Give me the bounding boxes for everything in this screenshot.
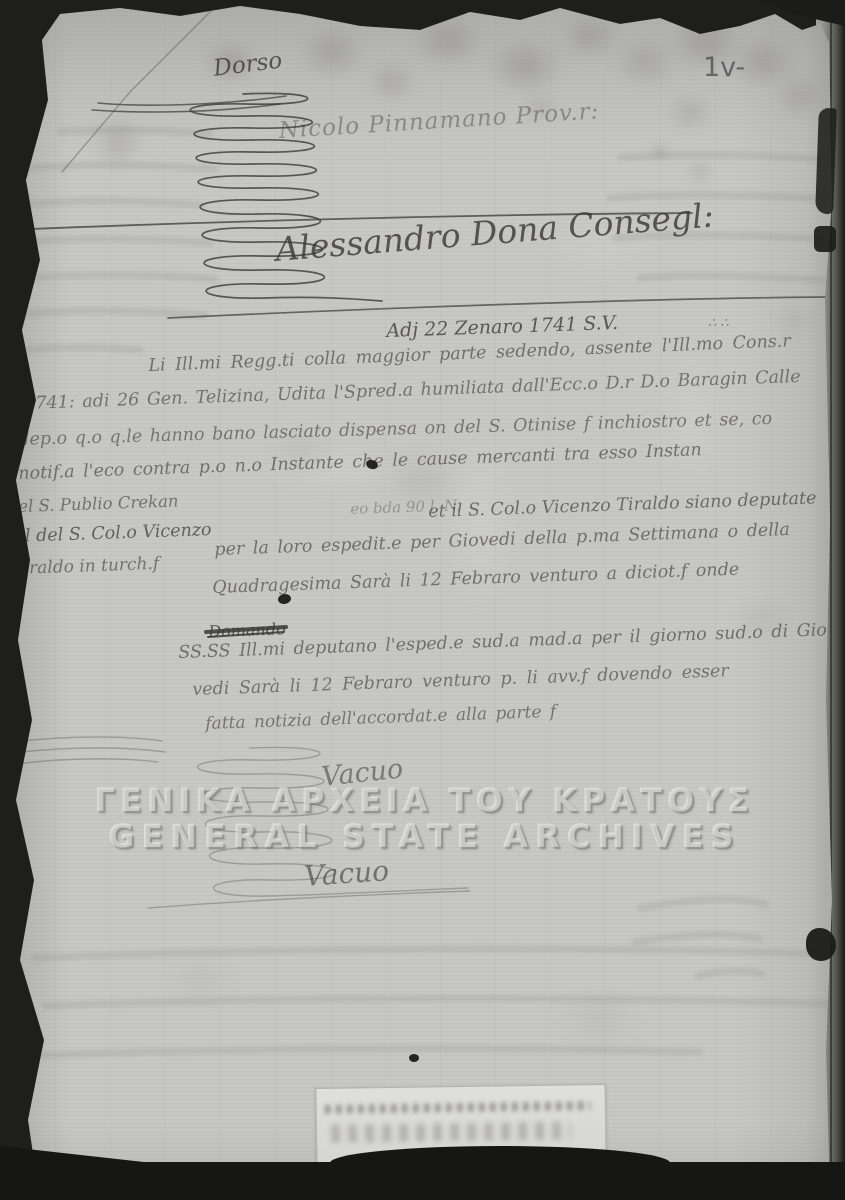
- binding-hole: [806, 928, 836, 961]
- archive-watermark-english: GENERAL STATE ARCHIVES: [30, 818, 820, 856]
- archive-watermark-greek: ΓΕΝΙΚΑ ΑΡΧΕΙΑ ΤΟΥ ΚΡΑΤΟΥΣ: [30, 782, 820, 820]
- scan-bottom-edge: [0, 1162, 845, 1200]
- label-faded-text-line: [325, 1101, 591, 1114]
- ink-blot: [409, 1054, 419, 1062]
- page-curl-shadow: [330, 1146, 670, 1180]
- date-marks: ∴ ∴: [708, 316, 729, 331]
- label-faded-text-line: [331, 1121, 571, 1142]
- folio-number: 1v-: [703, 52, 745, 83]
- faint-stamp-shapes: [0, 0, 845, 1200]
- vacuo-note-lower: Vacuo: [303, 854, 390, 893]
- torn-edge-notch: [814, 226, 836, 252]
- manuscript-page: Dorso Nicolo Pinnamano Prov.r: Alessandr…: [0, 0, 845, 1200]
- struck-word: Domando: [208, 619, 286, 641]
- manuscript-scan: Dorso Nicolo Pinnamano Prov.r: Alessandr…: [0, 0, 845, 1200]
- torn-edge-notch: [815, 108, 837, 215]
